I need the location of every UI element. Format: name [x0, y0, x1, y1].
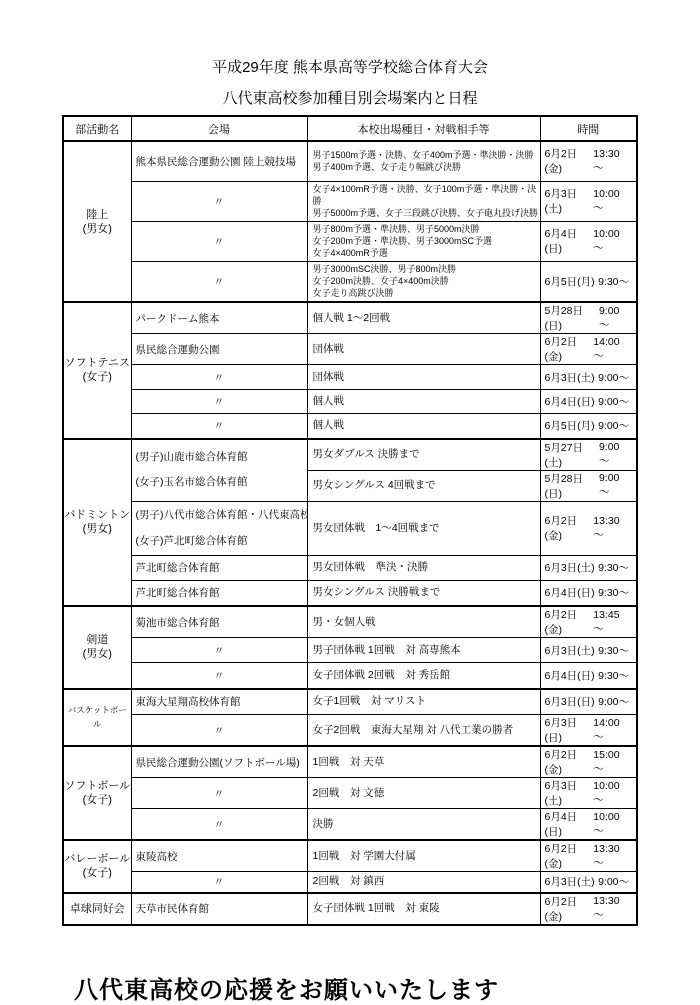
time-cell: 6月3日(日)9:00～ — [540, 689, 637, 715]
venue-cell: 〃 — [131, 261, 307, 302]
time-text: 13:45～ — [593, 609, 629, 636]
events-cell: 男子団体戦 1回戦 対 高専熊本 — [307, 638, 540, 663]
venue-cell: 〃 — [131, 778, 307, 809]
date-text: 6月4日(日) — [545, 226, 594, 256]
time-text: 14:00～ — [593, 717, 629, 744]
venue-cell: 〃 — [131, 638, 307, 663]
time-text: 10:00～ — [593, 811, 629, 838]
venue-cell: 〃 — [131, 181, 307, 221]
date-text: 6月2日(金) — [545, 747, 594, 777]
time-text: 10:00～ — [593, 780, 629, 807]
time-cell: 6月3日(土)10:00～ — [540, 181, 637, 221]
table-row: 卓球同好会 天草市民体育館 女子団体戦 1回戦 対 東陵 6月2日(金)13:3… — [63, 893, 637, 925]
events-cell: 男女シングルス 4回戦まで — [307, 470, 540, 501]
date-text: 6月2日(金) — [545, 146, 594, 176]
table-row: (男子)八代市総合体育館・八代東高校 (女子)芦北町総合体育館 男女団体戦 1～… — [63, 501, 637, 555]
page-title: 平成29年度 熊本県高等学校総合体育大会 — [0, 0, 700, 77]
venue-cell: 芦北町総合体育館 — [131, 580, 307, 606]
time-text: 9:00～ — [598, 370, 629, 385]
time-text: 9:30～ — [598, 560, 629, 575]
date-text: 6月3日(土) — [545, 370, 595, 385]
footer-message: 八代東高校の応援をお願いいたします — [74, 970, 700, 1005]
time-cell: 6月3日(土)10:00～ — [540, 778, 637, 809]
club-cell: ソフトボール (女子) — [63, 746, 131, 840]
table-row: 〃 男子団体戦 1回戦 対 高専熊本 6月3日(土)9:30～ — [63, 638, 637, 663]
date-text: 5月28日(日) — [545, 303, 599, 333]
venue-cell: 東海大星翔高校体育館 — [131, 689, 307, 715]
venue-cell: 菊池市総合体育館 — [131, 606, 307, 638]
events-cell: 女子4×100mR予選・決勝、女子100m予選・準決勝・決勝 男子5000m予選… — [307, 181, 540, 221]
col-header-venue: 会場 — [131, 116, 307, 141]
date-text: 6月5日(月) — [545, 418, 595, 433]
table-row: ソフトテニス (女子) パークドーム熊本 個人戦 1～2回戦 5月28日(日)9… — [63, 302, 637, 334]
date-text: 6月3日(日) — [545, 694, 595, 709]
date-text: 6月2日(金) — [545, 841, 594, 871]
time-cell: 6月4日(日)10:00～ — [540, 221, 637, 261]
events-cell: 2回戦 対 文徳 — [307, 778, 540, 809]
venue-cell: パークドーム熊本 — [131, 302, 307, 334]
time-cell: 6月2日(金)13:45～ — [540, 606, 637, 638]
table-row: 〃 2回戦 対 文徳 6月3日(土)10:00～ — [63, 778, 637, 809]
venue-cell: 県民総合運動公園(ソフトボール場) — [131, 746, 307, 778]
table-row: 〃 個人戦 6月4日(日)9:00～ — [63, 390, 637, 414]
time-cell: 6月2日(金)13:30～ — [540, 840, 637, 872]
time-cell: 6月3日(日)14:00～ — [540, 715, 637, 747]
events-cell: 1回戦 対 学園大付属 — [307, 840, 540, 872]
time-text: 13:30～ — [593, 515, 629, 542]
page-subtitle: 八代東高校参加種目別会場案内と日程 — [0, 89, 700, 108]
events-cell: 男女団体戦 1～4回戦まで — [307, 501, 540, 555]
table-row: ソフトボール (女子) 県民総合運動公園(ソフトボール場) 1回戦 対 天草 6… — [63, 746, 637, 778]
date-text: 6月3日(日) — [545, 715, 594, 745]
table-row: 剣道 (男女) 菊池市総合体育館 男・女個人戦 6月2日(金)13:45～ — [63, 606, 637, 638]
events-cell: 男女シングルス 決勝戦まで — [307, 580, 540, 606]
events-cell: 1回戦 対 天草 — [307, 746, 540, 778]
club-cell: 剣道 (男女) — [63, 606, 131, 689]
date-text: 6月4日(日) — [545, 585, 595, 600]
venue-cell: 〃 — [131, 390, 307, 414]
time-text: 9:00～ — [599, 441, 629, 468]
events-cell: 個人戦 1～2回戦 — [307, 302, 540, 334]
date-text: 6月4日(日) — [545, 668, 595, 683]
events-cell: 女子団体戦 1回戦 対 東陵 — [307, 893, 540, 925]
time-text: 9:30～ — [598, 585, 629, 600]
schedule-table: 部活動名 会場 本校出場種目・対戦相手等 時間 陸上 (男女) 熊本県民総合運動… — [62, 115, 638, 926]
time-cell: 6月5日(月)9:30～ — [540, 261, 637, 302]
events-cell: 2回戦 対 鎮西 — [307, 872, 540, 893]
date-text: 6月3日(土) — [545, 186, 594, 216]
venue-cell: 芦北町総合体育館 — [131, 555, 307, 580]
venue-cell: 〃 — [131, 221, 307, 261]
time-cell: 6月2日(金)15:00～ — [540, 746, 637, 778]
events-cell: 男子1500m予選・決勝、女子400m予選・準決勝・決勝 男子400m予選、女子… — [307, 141, 540, 181]
club-cell: バスケットボール — [63, 689, 131, 747]
time-cell: 6月3日(土)9:00～ — [540, 872, 637, 893]
time-text: 9:00～ — [598, 394, 629, 409]
time-cell: 6月4日(日)9:30～ — [540, 663, 637, 689]
time-cell: 5月27日(土)9:00～ — [540, 439, 637, 471]
time-cell: 6月4日(日)10:00～ — [540, 809, 637, 841]
date-text: 5月27日(土) — [545, 440, 599, 470]
table-row: 〃 個人戦 6月5日(月)9:00～ — [63, 414, 637, 439]
time-text: 15:00～ — [593, 749, 629, 776]
venue-cell: 〃 — [131, 365, 307, 390]
col-header-club: 部活動名 — [63, 116, 131, 141]
time-text: 9:00～ — [598, 694, 629, 709]
time-cell: 6月2日(金)13:30～ — [540, 893, 637, 925]
time-cell: 6月4日(日)9:00～ — [540, 390, 637, 414]
date-text: 6月3日(土) — [545, 874, 595, 889]
events-cell: 男子3000mSC決勝、男子800m決勝 女子200m決勝、女子4×400m決勝… — [307, 261, 540, 302]
time-cell: 5月28日(日)9:00～ — [540, 302, 637, 334]
events-cell: 団体戦 — [307, 334, 540, 365]
venue-cell: 天草市民体育館 — [131, 893, 307, 925]
table-header-row: 部活動名 会場 本校出場種目・対戦相手等 時間 — [63, 116, 637, 141]
col-header-time: 時間 — [540, 116, 637, 141]
table-row: 〃 2回戦 対 鎮西 6月3日(土)9:00～ — [63, 872, 637, 893]
table-row: 陸上 (男女) 熊本県民総合運動公園 陸上競技場 男子1500m予選・決勝、女子… — [63, 141, 637, 181]
time-cell: 6月3日(土)9:30～ — [540, 638, 637, 663]
time-text: 14:00～ — [593, 336, 629, 363]
club-cell: 卓球同好会 — [63, 893, 131, 925]
club-cell: バレーボール (女子) — [63, 840, 131, 893]
time-text: 10:00～ — [593, 228, 629, 255]
table-row: 県民総合運動公園 団体戦 6月2日(金)14:00～ — [63, 334, 637, 365]
events-cell: 男子800m予選・準決勝、男子5000m決勝 女子200m予選・準決勝、男子30… — [307, 221, 540, 261]
table-row: 芦北町総合体育館 男女団体戦 準決・決勝 6月3日(土)9:30～ — [63, 555, 637, 580]
club-cell: ソフトテニス (女子) — [63, 302, 131, 439]
time-text: 9:30～ — [598, 643, 629, 658]
time-cell: 6月5日(月)9:00～ — [540, 414, 637, 439]
table-row: バスケットボール 東海大星翔高校体育館 女子1回戦 対 マリスト 6月3日(日)… — [63, 689, 637, 715]
venue-cell: (男子)山鹿市総合体育館 (女子)玉名市総合体育館 — [131, 439, 307, 502]
table-row: 〃 団体戦 6月3日(土)9:00～ — [63, 365, 637, 390]
venue-cell: 〃 — [131, 715, 307, 747]
events-cell: 女子2回戦 東海大星翔 対 八代工業の勝者 — [307, 715, 540, 747]
venue-cell: 〃 — [131, 872, 307, 893]
venue-cell: 〃 — [131, 809, 307, 841]
time-cell: 6月2日(金)13:30～ — [540, 501, 637, 555]
events-cell: 団体戦 — [307, 365, 540, 390]
date-text: 6月3日(土) — [545, 560, 595, 575]
events-cell: 女子団体戦 2回戦 対 秀岳館 — [307, 663, 540, 689]
time-text: 9:00～ — [599, 472, 629, 499]
time-cell: 6月3日(土)9:30～ — [540, 555, 637, 580]
date-text: 5月28日(日) — [545, 471, 599, 501]
time-cell: 6月2日(金)13:30～ — [540, 141, 637, 181]
date-text: 6月4日(日) — [545, 809, 594, 839]
events-cell: 個人戦 — [307, 414, 540, 439]
date-text: 6月2日(金) — [545, 334, 594, 364]
table-row: 〃 女子2回戦 東海大星翔 対 八代工業の勝者 6月3日(日)14:00～ — [63, 715, 637, 747]
table-row: バドミントン (男女) (男子)山鹿市総合体育館 (女子)玉名市総合体育館 男女… — [63, 439, 637, 471]
table-row: 芦北町総合体育館 男女シングルス 決勝戦まで 6月4日(日)9:30～ — [63, 580, 637, 606]
table-row: 〃 決勝 6月4日(日)10:00～ — [63, 809, 637, 841]
table-row: バレーボール (女子) 東陵高校 1回戦 対 学園大付属 6月2日(金)13:3… — [63, 840, 637, 872]
table-row: 〃 男子800m予選・準決勝、男子5000m決勝 女子200m予選・準決勝、男子… — [63, 221, 637, 261]
events-cell: 男女ダブルス 決勝まで — [307, 439, 540, 471]
time-text: 9:00～ — [598, 874, 629, 889]
time-text: 13:30～ — [593, 148, 629, 175]
time-text: 9:00～ — [598, 418, 629, 433]
time-text: 9:00～ — [599, 305, 629, 332]
events-cell: 決勝 — [307, 809, 540, 841]
events-cell: 男・女個人戦 — [307, 606, 540, 638]
time-text: 13:30～ — [593, 895, 629, 922]
time-cell: 6月3日(土)9:00～ — [540, 365, 637, 390]
date-text: 6月2日(金) — [545, 513, 594, 543]
venue-cell: 〃 — [131, 414, 307, 439]
table-row: 〃 男子3000mSC決勝、男子800m決勝 女子200m決勝、女子4×400m… — [63, 261, 637, 302]
venue-cell: (男子)八代市総合体育館・八代東高校 (女子)芦北町総合体育館 — [131, 501, 307, 555]
venue-cell: 熊本県民総合運動公園 陸上競技場 — [131, 141, 307, 181]
date-text: 6月3日(土) — [545, 778, 594, 808]
time-cell: 6月2日(金)14:00～ — [540, 334, 637, 365]
table-row: 〃 女子4×100mR予選・決勝、女子100m予選・準決勝・決勝 男子5000m… — [63, 181, 637, 221]
col-header-events: 本校出場種目・対戦相手等 — [307, 116, 540, 141]
table-row: 〃 女子団体戦 2回戦 対 秀岳館 6月4日(日)9:30～ — [63, 663, 637, 689]
date-text: 6月2日(金) — [545, 894, 594, 924]
venue-cell: 東陵高校 — [131, 840, 307, 872]
events-cell: 女子1回戦 対 マリスト — [307, 689, 540, 715]
time-text: 13:30～ — [593, 843, 629, 870]
venue-cell: 〃 — [131, 663, 307, 689]
date-text: 6月2日(金) — [545, 607, 594, 637]
events-cell: 男女団体戦 準決・決勝 — [307, 555, 540, 580]
time-cell: 6月4日(日)9:30～ — [540, 580, 637, 606]
club-cell: 陸上 (男女) — [63, 141, 131, 302]
date-text: 6月3日(土) — [545, 643, 595, 658]
time-cell: 5月28日(日)9:00～ — [540, 470, 637, 501]
date-text: 6月5日(月) — [545, 274, 595, 289]
time-text: 9:30～ — [598, 274, 629, 289]
club-cell: バドミントン (男女) — [63, 439, 131, 607]
events-cell: 個人戦 — [307, 390, 540, 414]
time-text: 9:30～ — [598, 668, 629, 683]
date-text: 6月4日(日) — [545, 394, 595, 409]
venue-cell: 県民総合運動公園 — [131, 334, 307, 365]
time-text: 10:00～ — [593, 188, 629, 215]
